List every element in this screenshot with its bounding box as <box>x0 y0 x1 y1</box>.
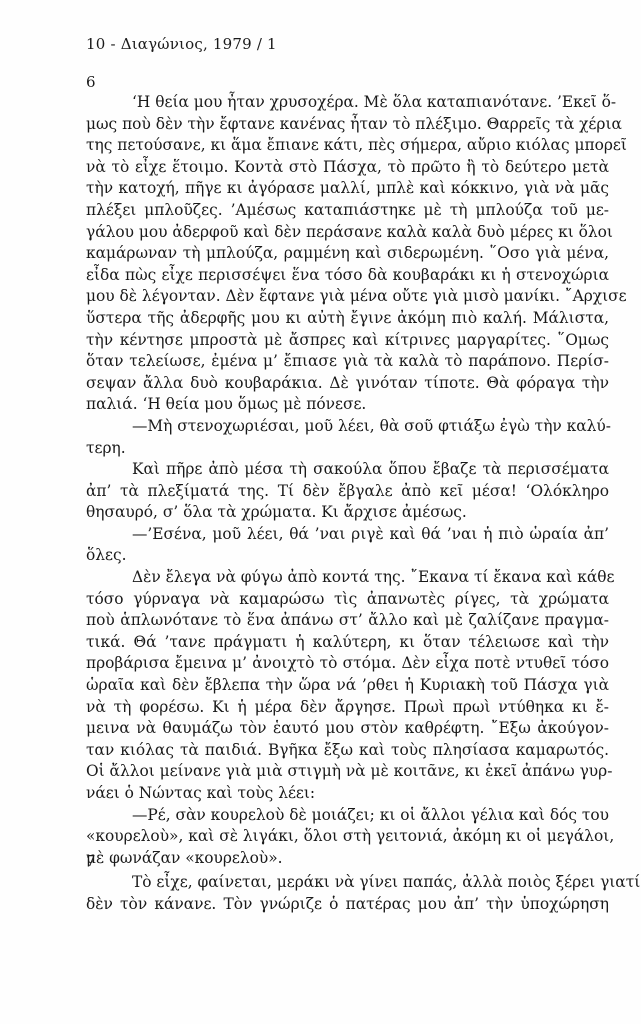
text-line: γάλου μου ἀδερφοῦ καὶ δὲν περάσανε καλὰ … <box>86 222 609 244</box>
text-line: Καὶ πῆρε ἀπὸ μέσα τὴ σακούλα ὅπου ἔβαζε … <box>86 459 609 481</box>
text-line: ἀπ’ τὰ πλεξίματά της. Τί δὲν ἔβγαλε ἀπὸ … <box>86 481 609 503</box>
text-line: τὴν κατοχή, πῆγε κι ἀγόρασε μαλλί, μπλὲ … <box>86 178 609 200</box>
text-line: τόσο γύρναγα νὰ καμαρώσω τὶς ἀπανωτὲς ρί… <box>86 589 609 611</box>
text-line: νὰ τὴ φορέσω. Κι ἡ μέρα δὲν ἄργησε. Πρωὶ… <box>86 697 609 719</box>
text-line: Δὲν ἔλεγα νὰ φύγω ἀπὸ κοντά της. ῎Εκανα … <box>86 567 609 589</box>
section-6-text: ‘Η θεία μου ἦταν χρυσοχέρα. Μὲ ὅλα καταπ… <box>86 92 609 869</box>
section-number: 7 <box>86 852 96 870</box>
text-line: τὴν κέντησε μπροστὰ μὲ ἄσπρες καὶ κίτριν… <box>86 330 609 352</box>
text-line: ὡραῖα καὶ δὲν ἔβλεπα τὴν ὥρα νά ’ρθει ἡ … <box>86 675 609 697</box>
text-line: ὅλες. <box>86 545 609 567</box>
text-line: μεινα νὰ θαυμάζω τὸν ἑαυτό μου στὸν καθρ… <box>86 718 609 740</box>
section-7-text: Τὸ εἶχε, φαίνεται, μεράκι νὰ γίνει παπάς… <box>86 872 609 915</box>
text-line: νὰ τὸ εἶχε ἕτοιμο. Κοντὰ στὸ Πάσχα, τὸ π… <box>86 157 609 179</box>
text-line: μου δὲ λέγονταν. Δὲν ἔφτανε γιὰ μένα οὔτ… <box>86 286 609 308</box>
text-line: —’Εσένα, μοῦ λέει, θά ’ναι ριγὲ καὶ θά ’… <box>86 524 609 546</box>
text-line: πλέξει μπλοῦζες. ’Αμέσως καταπιάστηκε μὲ… <box>86 200 609 222</box>
text-line: προβάρισα ἔμεινα μ’ ἀνοιχτὸ τὸ στόμα. Δὲ… <box>86 653 609 675</box>
section-number: 6 <box>86 73 96 91</box>
text-line: ‘Η θεία μου ἦταν χρυσοχέρα. Μὲ ὅλα καταπ… <box>86 92 609 114</box>
text-line: ὕστερα τῆς ἀδερφῆς μου κι αὐτὴ ἔγινε ἀκό… <box>86 308 609 330</box>
text-line: σεψαν ἄλλα δυὸ κουβαράκια. Δὲ γινόταν τί… <box>86 373 609 395</box>
text-line: της πετούσανε, κι ἅμα ἔπιανε κάτι, πὲς σ… <box>86 135 609 157</box>
text-line: τερη. <box>86 438 609 460</box>
text-line: Οἱ ἄλλοι μείνανε γιὰ μιὰ στιγμὴ νὰ μὲ κο… <box>86 761 609 783</box>
text-line: ταν κιόλας τὰ παιδιά. Βγῆκα ἔξω καὶ τοὺς… <box>86 740 609 762</box>
text-line: ποὺ ἁπλωνότανε τὸ ἕνα ἀπάνω στ’ ἄλλο καὶ… <box>86 610 609 632</box>
text-line: δὲν τὸν κάνανε. Τὸν γνώριζε ὁ πατέρας μο… <box>86 894 609 916</box>
text-line: παλιά. ‘Η θεία μου ὅμως μὲ πόνεσε. <box>86 394 609 416</box>
scanned-page: 10 - Διαγώνιος, 1979 / 1 6 ‘Η θεία μου ἦ… <box>0 0 641 1024</box>
text-line: —Μὴ στενοχωριέσαι, μοῦ λέει, θὰ σοῦ φτιά… <box>86 416 609 438</box>
text-line: μως ποὺ δὲν τὴν ἔφτανε κανένας ἦταν τὸ π… <box>86 114 609 136</box>
text-line: νάει ὁ Νώντας καὶ τοὺς λέει: <box>86 783 609 805</box>
text-line: εἶδα πὼς εἶχε περισσέψει ἕνα τόσο δὰ κου… <box>86 265 609 287</box>
text-line: —Ρέ, σὰν κουρελοὺ δὲ μοιάζει; κι οἱ ἄλλο… <box>86 805 609 827</box>
text-line: καμάρωναν τὴ μπλούζα, ραμμένη καὶ σιδερω… <box>86 243 609 265</box>
text-line: Τὸ εἶχε, φαίνεται, μεράκι νὰ γίνει παπάς… <box>86 872 609 894</box>
text-line: τικά. Θά ’τανε πράγματι ἡ καλύτερη, κι ὅ… <box>86 632 609 654</box>
text-line: «κουρελοὺ», καὶ σὲ λιγάκι, ὅλοι στὴ γειτ… <box>86 826 609 848</box>
text-line: ὅταν τελείωσε, ἐμένα μ’ ἔπιασε γιὰ τὰ κα… <box>86 351 609 373</box>
text-line: μὲ φωνάζαν «κουρελοὺ». <box>86 848 609 870</box>
text-line: θησαυρό, σ’ ὅλα τὰ χρώματα. Κι ἄρχισε ἀμ… <box>86 502 609 524</box>
running-header: 10 - Διαγώνιος, 1979 / 1 <box>86 35 277 53</box>
